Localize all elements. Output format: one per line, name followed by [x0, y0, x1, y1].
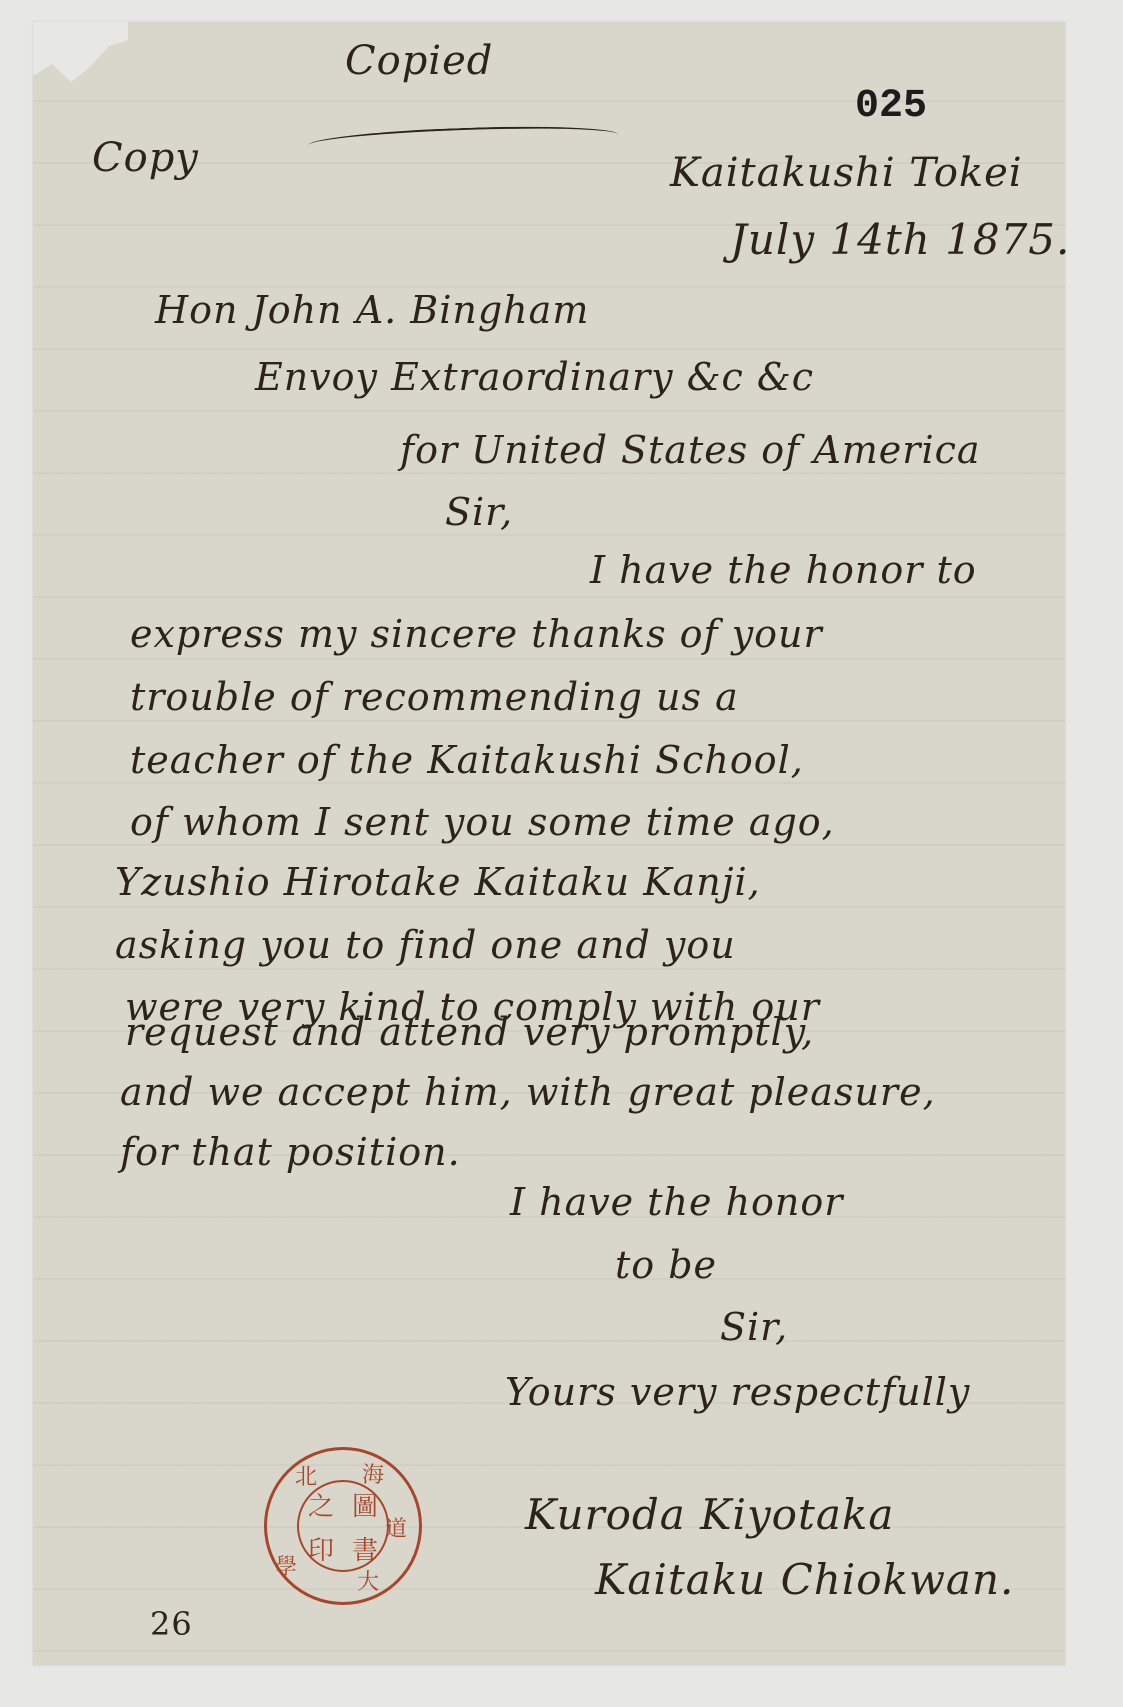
- body-line: teacher of the Kaitakushi School,: [130, 738, 804, 782]
- library-seal: 北 海 道 大 學 之 圖 印 書: [264, 1447, 422, 1605]
- closing-line: Sir,: [720, 1305, 788, 1349]
- seal-char: 書: [343, 1530, 387, 1567]
- body-line: request and attend very promptly,: [125, 1010, 814, 1054]
- addressee-line: for United States of America: [400, 428, 981, 472]
- closing-line: I have the honor: [510, 1180, 843, 1224]
- body-line: trouble of recommending us a: [130, 675, 739, 719]
- folio-number: 26: [150, 1605, 193, 1643]
- letter-date: July 14th 1875.: [730, 215, 1070, 264]
- closing-line: to be: [615, 1243, 717, 1287]
- seal-char: 印: [299, 1530, 343, 1567]
- seal-char: 圖: [343, 1486, 387, 1523]
- body-line: express my sincere thanks of your: [130, 612, 823, 656]
- seal-char: 海: [362, 1458, 384, 1489]
- seal-char: 大: [357, 1565, 379, 1596]
- letter-place: Kaitakushi Tokei: [670, 150, 1023, 196]
- copied-annotation: Copied: [345, 38, 493, 84]
- body-line: Yzushio Hirotake Kaitaku Kanji,: [115, 860, 761, 904]
- body-line: for that position.: [120, 1130, 461, 1174]
- addressee-line: Envoy Extraordinary &c &c: [255, 355, 814, 399]
- seal-char: 學: [275, 1550, 297, 1581]
- seal-char: 之: [299, 1486, 343, 1523]
- salutation: Sir,: [445, 490, 513, 534]
- body-line: of whom I sent you some time ago,: [130, 800, 835, 844]
- copy-annotation: Copy: [92, 135, 199, 181]
- signature-title: Kaitaku Chiokwan.: [595, 1555, 1014, 1604]
- signature-name: Kuroda Kiyotaka: [525, 1490, 894, 1539]
- body-line: and we accept him, with great pleasure,: [120, 1070, 936, 1114]
- body-line: I have the honor to: [590, 548, 977, 592]
- addressee-line: Hon John A. Bingham: [155, 288, 589, 332]
- body-line: asking you to find one and you: [115, 923, 736, 967]
- seal-inner-ring: 之 圖 印 書: [297, 1480, 389, 1572]
- closing-line: Yours very respectfully: [505, 1370, 970, 1414]
- archive-number: 025: [855, 84, 927, 129]
